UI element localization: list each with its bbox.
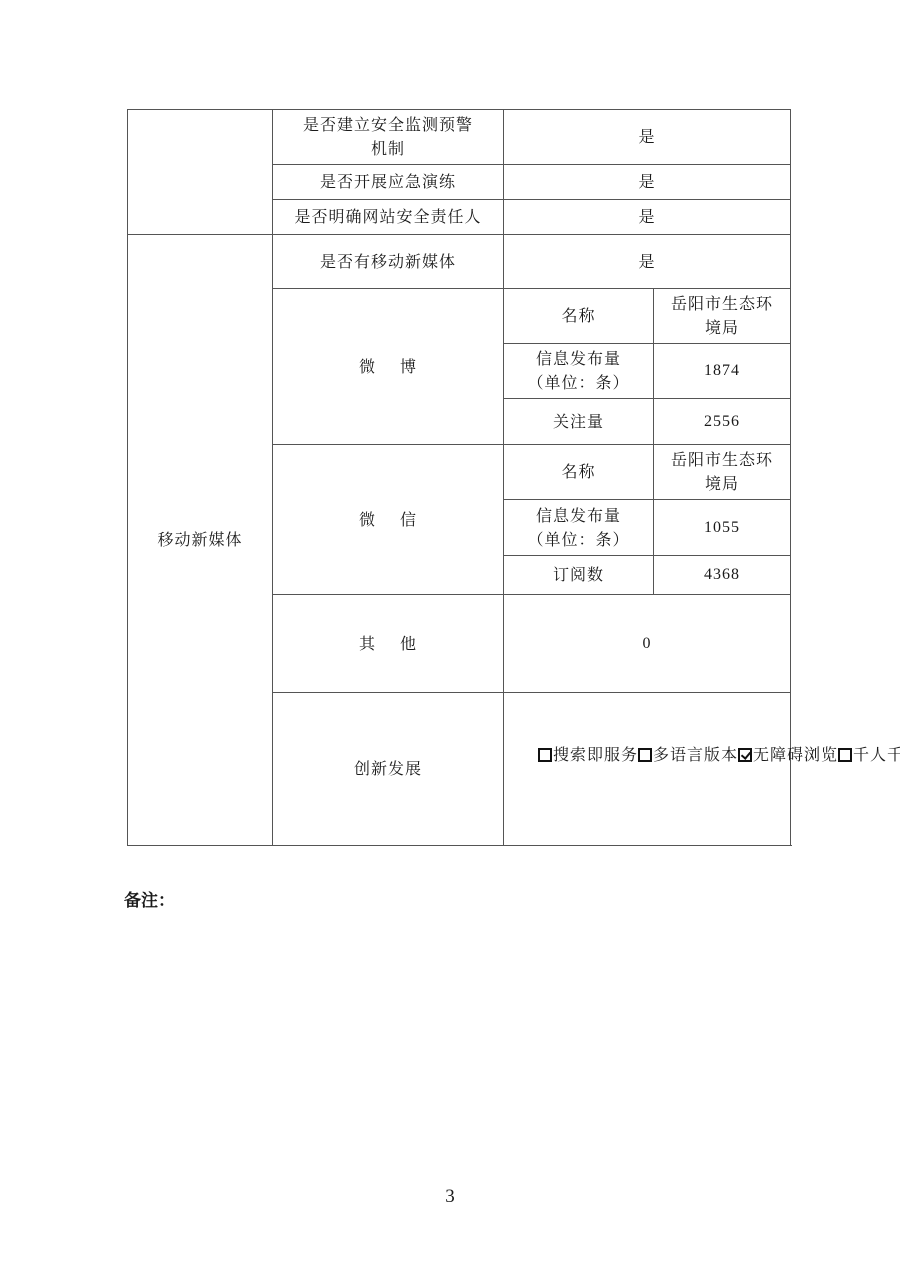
- value-line: 岳阳市生态环: [658, 448, 786, 472]
- value-line: 境局: [658, 316, 786, 340]
- option-label: 无障碍浏览: [753, 745, 838, 764]
- page-number: 3: [0, 1186, 900, 1208]
- monitoring-warning-value: 是: [504, 110, 791, 165]
- option-personalized[interactable]: 千人千网: [838, 745, 900, 764]
- wechat-label: 微信: [273, 445, 504, 595]
- checkbox-checked-icon[interactable]: [738, 748, 752, 762]
- wechat-subscribers-value: 4368: [654, 556, 791, 595]
- value-line: 岳阳市生态环: [658, 292, 786, 316]
- option-multilingual[interactable]: 多语言版本: [638, 745, 738, 764]
- security-officer-label: 是否明确网站安全责任人: [273, 200, 504, 235]
- innovation-section-label: 创新发展: [273, 693, 504, 846]
- weibo-posts-label: 信息发布量 （单位：条）: [504, 344, 654, 399]
- weibo-followers-label: 关注量: [504, 399, 654, 445]
- label-line: 是否建立安全监测预警: [277, 113, 499, 137]
- wechat-name-label: 名称: [504, 445, 654, 500]
- other-media-label: 其他: [273, 595, 504, 693]
- weibo-name-label: 名称: [504, 289, 654, 344]
- label-line: （单位：条）: [508, 371, 649, 395]
- weibo-label: 微博: [273, 289, 504, 445]
- security-officer-value: 是: [504, 200, 791, 235]
- wechat-subscribers-label: 订阅数: [504, 556, 654, 595]
- other-label-b: 他: [400, 634, 417, 653]
- option-label: 搜索即服务: [553, 745, 638, 764]
- label-line: （单位：条）: [508, 528, 649, 552]
- wechat-posts-label: 信息发布量 （单位：条）: [504, 500, 654, 556]
- checkbox-icon[interactable]: [838, 748, 852, 762]
- weibo-followers-value: 2556: [654, 399, 791, 445]
- label-line: 信息发布量: [508, 504, 649, 528]
- emergency-drill-value: 是: [504, 165, 791, 200]
- innovation-options: 搜索即服务多语言版本无障碍浏览千人千网其他: [504, 693, 791, 846]
- mobile-media-section-label: 移动新媒体: [128, 235, 273, 846]
- checkbox-icon[interactable]: [638, 748, 652, 762]
- weibo-label-a: 微: [359, 357, 376, 376]
- option-search-as-service[interactable]: 搜索即服务: [538, 745, 638, 764]
- other-media-value: 0: [504, 595, 791, 693]
- weibo-posts-value: 1874: [654, 344, 791, 399]
- wechat-name-value: 岳阳市生态环 境局: [654, 445, 791, 500]
- label-line: 机制: [277, 137, 499, 161]
- monitoring-warning-label: 是否建立安全监测预警 机制: [273, 110, 504, 165]
- value-line: 境局: [658, 472, 786, 496]
- weibo-label-b: 博: [400, 357, 417, 376]
- option-label: 千人千网: [853, 745, 900, 764]
- emergency-drill-label: 是否开展应急演练: [273, 165, 504, 200]
- has-mobile-media-value: 是: [504, 235, 791, 289]
- checkbox-icon[interactable]: [538, 748, 552, 762]
- security-section-cell: [128, 110, 273, 235]
- other-label-a: 其: [359, 634, 376, 653]
- wechat-label-b: 信: [400, 510, 417, 529]
- label-line: 信息发布量: [508, 347, 649, 371]
- report-table: 是否建立安全监测预警 机制 是 是否开展应急演练 是 是否明确网站安全责任人 是…: [127, 109, 791, 846]
- wechat-label-a: 微: [359, 510, 376, 529]
- wechat-posts-value: 1055: [654, 500, 791, 556]
- option-label: 多语言版本: [653, 745, 738, 764]
- note-label: 备注：: [124, 886, 175, 911]
- option-accessibility[interactable]: 无障碍浏览: [738, 745, 838, 764]
- has-mobile-media-label: 是否有移动新媒体: [273, 235, 504, 289]
- weibo-name-value: 岳阳市生态环 境局: [654, 289, 791, 344]
